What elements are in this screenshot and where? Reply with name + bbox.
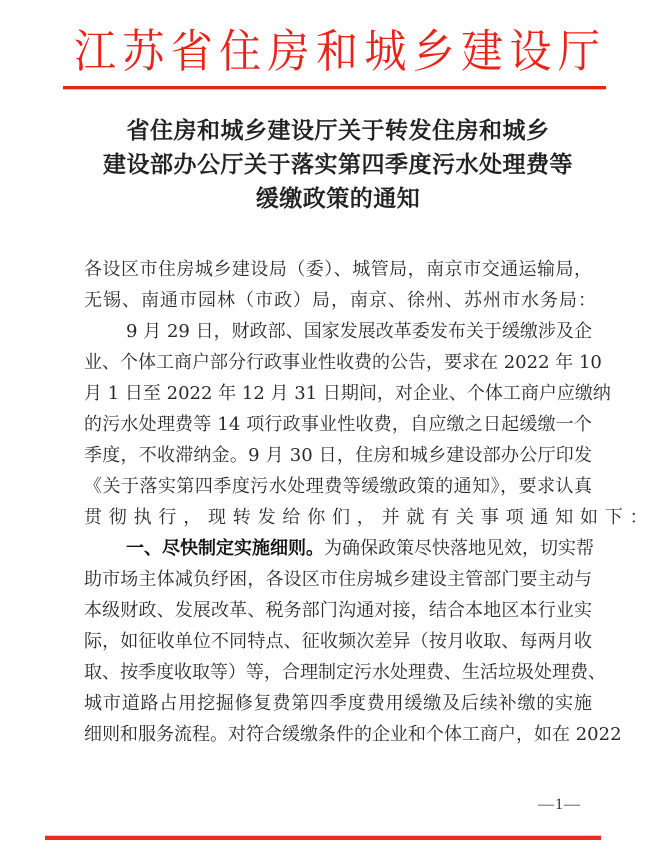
- masthead-char: 苏: [120, 22, 166, 82]
- section-line: 际，如征收单位不同特点、征收频次差异（按月收取、每两月收: [84, 626, 592, 657]
- paragraph-intro: 9 月 29 日，财政部、国家发展改革委发布关于缓缴涉及企 业、个体工商户部分行…: [84, 316, 592, 533]
- masthead-char: 城: [362, 22, 408, 82]
- title-line: 省住房和城乡建设厅关于转发住房和城乡: [84, 114, 592, 148]
- section-1-first-line: 一、尽快制定实施细则。为确保政策尽快落地见效，切实帮: [84, 533, 592, 564]
- paragraph-line: 贯彻执行，现转发给你们，并就有关事项通知如下：: [84, 502, 592, 533]
- paragraph-line: 月 1 日至 2022 年 12 月 31 日期间，对企业、个体工商户应缴纳: [84, 378, 592, 409]
- masthead-char: 江: [72, 22, 118, 82]
- section-1-heading: 一、尽快制定实施细则。: [126, 538, 324, 559]
- footer-red-rule: [45, 836, 601, 840]
- masthead-char: 和: [314, 22, 360, 82]
- masthead-char: 房: [266, 22, 312, 82]
- section-line: 细则和服务流程。对符合缓缴条件的企业和个体工商户，如在 2022: [84, 719, 592, 750]
- paragraph-line: 《关于落实第四季度污水处理费等缓缴政策的通知》，要求认真: [84, 471, 592, 502]
- paragraph-line: 的污水处理费等 14 项行政事业性收费，自应缴之日起缓缴一个: [84, 409, 592, 440]
- paragraph-line: 业、个体工商户部分行政事业性收费的公告，要求在 2022 年 10: [84, 347, 592, 378]
- section-line: 取、按季度收取等）等，合理制定污水处理费、生活垃圾处理费、: [84, 657, 592, 688]
- masthead-char: 建: [459, 22, 505, 82]
- addressee: 各设区市住房城乡建设局（委）、城管局，南京市交通运输局， 无锡、南通市园林（市政…: [84, 254, 592, 316]
- title-line: 建设部办公厅关于落实第四季度污水处理费等: [84, 148, 592, 182]
- addressee-line: 各设区市住房城乡建设局（委）、城管局，南京市交通运输局，: [84, 254, 592, 285]
- section-line: 助市场主体减负纾困，各设区市住房城乡建设主管部门要主动与: [84, 564, 592, 595]
- paragraph-line: 9 月 29 日，财政部、国家发展改革委发布关于缓缴涉及企: [84, 316, 592, 347]
- masthead-char: 住: [217, 22, 263, 82]
- masthead-char: 省: [169, 22, 215, 82]
- masthead-organization-name: 江 苏 省 住 房 和 城 乡 建 设 厅: [72, 22, 602, 82]
- paragraph-line: 季度，不收滞纳金。9 月 30 日，住房和城乡建设部办公厅印发: [84, 440, 592, 471]
- section-1-first-line-text: 为确保政策尽快落地见效，切实帮: [324, 538, 594, 559]
- section-line: 城市道路占用挖掘修复费第四季度费用缓缴及后续补缴的实施: [84, 688, 592, 719]
- title-line: 缓缴政策的通知: [84, 182, 592, 216]
- addressee-line: 无锡、南通市园林（市政）局，南京、徐州、苏州市水务局：: [84, 285, 592, 316]
- masthead-char: 设: [508, 22, 554, 82]
- masthead-char: 厅: [556, 22, 602, 82]
- section-line: 本级财政、发展改革、税务部门沟通对接，结合本地区本行业实: [84, 595, 592, 626]
- document-body: 各设区市住房城乡建设局（委）、城管局，南京市交通运输局， 无锡、南通市园林（市政…: [84, 254, 592, 750]
- section-1: 一、尽快制定实施细则。为确保政策尽快落地见效，切实帮 助市场主体减负纾困，各设区…: [84, 533, 592, 750]
- masthead-char: 乡: [411, 22, 457, 82]
- document-title: 省住房和城乡建设厅关于转发住房和城乡 建设部办公厅关于落实第四季度污水处理费等 …: [84, 114, 592, 216]
- page-number: —1—: [538, 796, 581, 814]
- masthead-red-rule: [63, 86, 606, 89]
